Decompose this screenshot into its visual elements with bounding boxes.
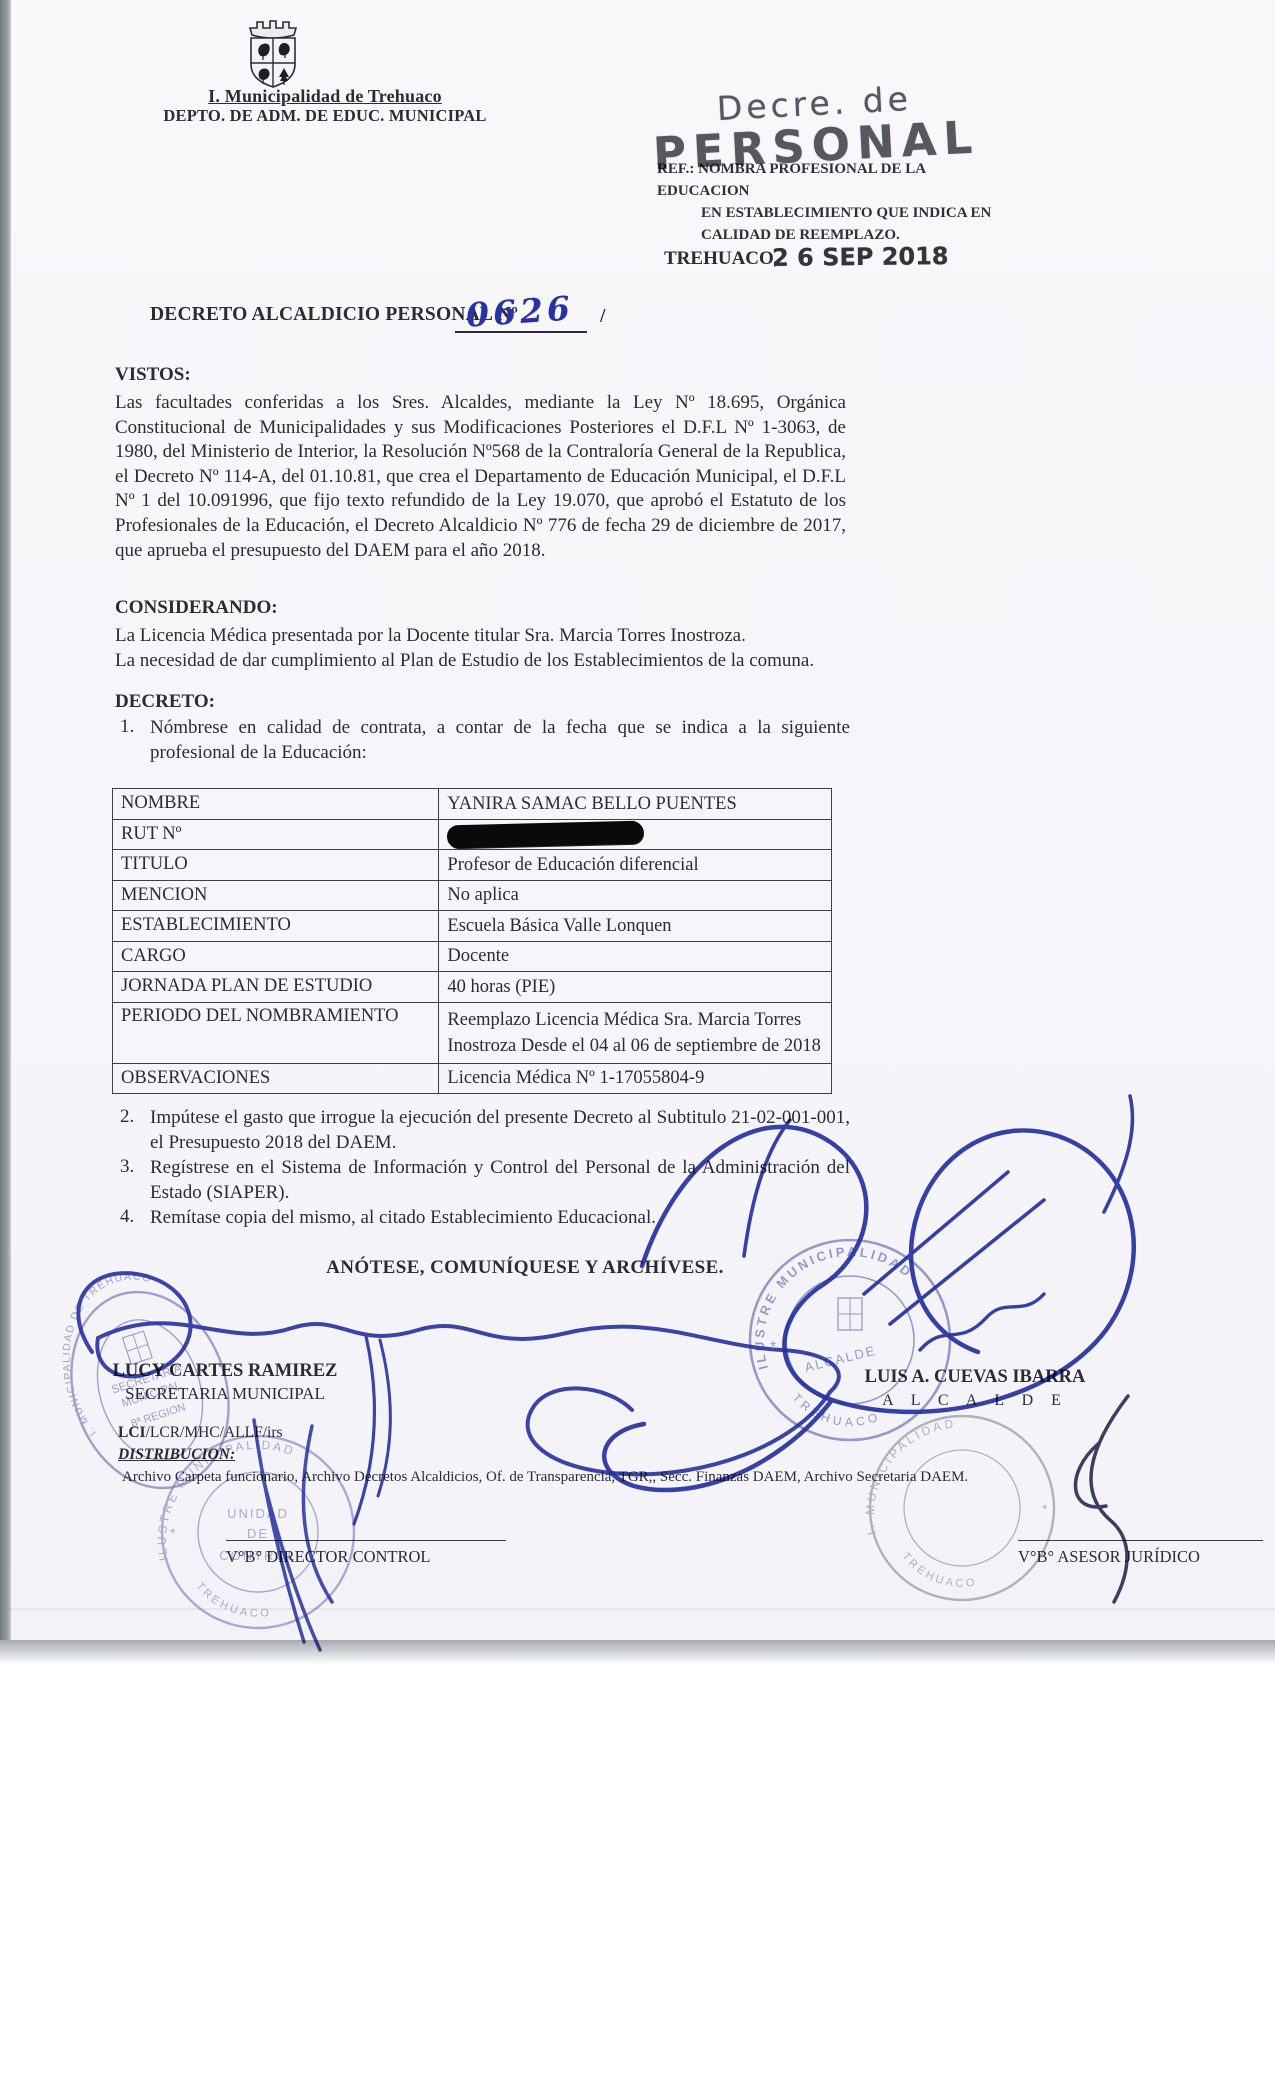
table-label-cell: MENCION	[113, 880, 439, 911]
scan-left-edge	[0, 0, 11, 1648]
municipality-name: I. Municipalidad de Trehuaco	[150, 86, 500, 107]
table-row: ESTABLECIMIENTO Escuela Básica Valle Lon…	[113, 911, 832, 942]
ref-line-2: EN ESTABLECIMIENTO QUE INDICA EN	[657, 202, 1017, 224]
decreto-heading: DECRETO:	[115, 691, 215, 713]
table-value-cell: Profesor de Educación diferencial	[439, 850, 832, 881]
vistos-paragraph: Las facultades conferidas a los Sres. Al…	[115, 391, 846, 563]
mayor-name: LUIS A. CUEVAS IBARRA	[840, 1367, 1110, 1388]
drafting-initials: LCI/LCR/MHC/ALLF/irs	[118, 1424, 283, 1442]
mayor-title: A L C A L D E	[840, 1392, 1110, 1410]
approval-director-control: V°B° DIRECTOR CONTROL	[226, 1540, 506, 1567]
table-label-cell: TITULO	[113, 850, 439, 881]
considerando-line-2: La necesidad de dar cumplimiento al Plan…	[115, 648, 895, 673]
table-value-cell: Escuela Básica Valle Lonquen	[439, 911, 832, 942]
table-label-cell: CARGO	[113, 941, 439, 972]
table-row: MENCION No aplica	[113, 880, 832, 911]
paper-crease	[0, 1608, 1275, 1610]
table-label-cell: NOMBRE	[113, 789, 439, 820]
vistos-heading: VISTOS:	[115, 364, 191, 386]
handwritten-decree-number: 0626	[465, 288, 575, 334]
item-text: Nómbrese en calidad de contrata, a conta…	[150, 716, 850, 766]
table-row: RUT Nº	[113, 819, 832, 850]
personnel-decree-rubber-stamp: Decre. de PERSONAL	[650, 76, 980, 181]
table-value-cell: No aplica	[439, 880, 832, 911]
decree-slash: /	[600, 306, 606, 328]
closing-formula: ANÓTESE, COMUNÍQUESE Y ARCHÍVESE.	[115, 1257, 935, 1279]
table-value-cell	[439, 819, 832, 850]
secretary-title: SECRETARIA MUNICIPAL	[100, 1384, 350, 1404]
place-label: TREHUACO,	[664, 248, 779, 270]
table-row: PERIODO DEL NOMBRAMIENTO Reemplazo Licen…	[113, 1002, 832, 1063]
item-text: Impútese el gasto que irrogue la ejecuci…	[150, 1106, 850, 1156]
table-label-cell: ESTABLECIMIENTO	[113, 911, 439, 942]
decreto-item-4: 4. Remítase copia del mismo, al citado E…	[120, 1206, 850, 1231]
distribution-heading: DISTRIBUCION:	[118, 1446, 235, 1464]
item-text: Remítase copia del mismo, al citado Esta…	[150, 1206, 850, 1231]
table-value-cell: YANIRA SAMAC BELLO PUENTES	[439, 789, 832, 820]
decree-title: DECRETO ALCALDICIO PERSONAL Nº	[150, 304, 518, 326]
item-number: 3.	[120, 1156, 150, 1206]
table-value-cell: 40 horas (PIE)	[439, 972, 832, 1003]
table-label-cell: PERIODO DEL NOMBRAMIENTO	[113, 1002, 439, 1063]
table-value-cell: Licencia Médica Nº 1-17055804-9	[439, 1063, 832, 1094]
considerando-heading: CONSIDERANDO:	[115, 597, 278, 619]
municipal-crest-icon	[240, 12, 306, 92]
initials-bold: LCI	[118, 1424, 146, 1441]
secretary-name: LUCY CARTES RAMIREZ	[100, 1361, 350, 1382]
table-value-cell: Reemplazo Licencia Médica Sra. Marcia To…	[439, 1002, 832, 1063]
initials-rest: /LCR/MHC/ALLF/irs	[146, 1424, 283, 1441]
table-row: OBSERVACIONES Licencia Médica Nº 1-17055…	[113, 1063, 832, 1094]
decreto-item-3: 3. Regístrese en el Sistema de Informaci…	[120, 1156, 850, 1206]
appointment-table: NOMBRE YANIRA SAMAC BELLO PUENTES RUT Nº…	[112, 788, 832, 1094]
approval-asesor-juridico: V°B° ASESOR JURÍDICO	[1018, 1540, 1263, 1567]
scanned-decree-page: I. Municipalidad de Trehuaco DEPTO. DE A…	[0, 0, 1275, 2100]
considerando-line-1: La Licencia Médica presentada por la Doc…	[115, 623, 895, 648]
item-number: 4.	[120, 1206, 150, 1231]
item-number: 2.	[120, 1106, 150, 1156]
decreto-item-2: 2. Impútese el gasto que irrogue la ejec…	[120, 1106, 850, 1156]
department-name: DEPTO. DE ADM. DE EDUC. MUNICIPAL	[135, 106, 515, 126]
table-row: CARGO Docente	[113, 941, 832, 972]
date-stamp: 2 6 SEP 2018	[772, 242, 949, 272]
decreto-item-1: 1. Nómbrese en calidad de contrata, a co…	[120, 716, 850, 766]
item-number: 1.	[120, 716, 150, 766]
distribution-list: Archivo Carpeta funcionario, Archivo Dec…	[122, 1469, 1132, 1486]
table-row: JORNADA PLAN DE ESTUDIO 40 horas (PIE)	[113, 972, 832, 1003]
table-row: NOMBRE YANIRA SAMAC BELLO PUENTES	[113, 789, 832, 820]
item-text: Regístrese en el Sistema de Información …	[150, 1156, 850, 1206]
table-label-cell: OBSERVACIONES	[113, 1063, 439, 1094]
redacted-rut-value	[447, 820, 644, 848]
table-row: TITULO Profesor de Educación diferencial	[113, 850, 832, 881]
table-label-cell: JORNADA PLAN DE ESTUDIO	[113, 972, 439, 1003]
table-value-cell: Docente	[439, 941, 832, 972]
table-label-cell: RUT Nº	[113, 819, 439, 850]
paper-bottom-shadow	[0, 1640, 1275, 1664]
